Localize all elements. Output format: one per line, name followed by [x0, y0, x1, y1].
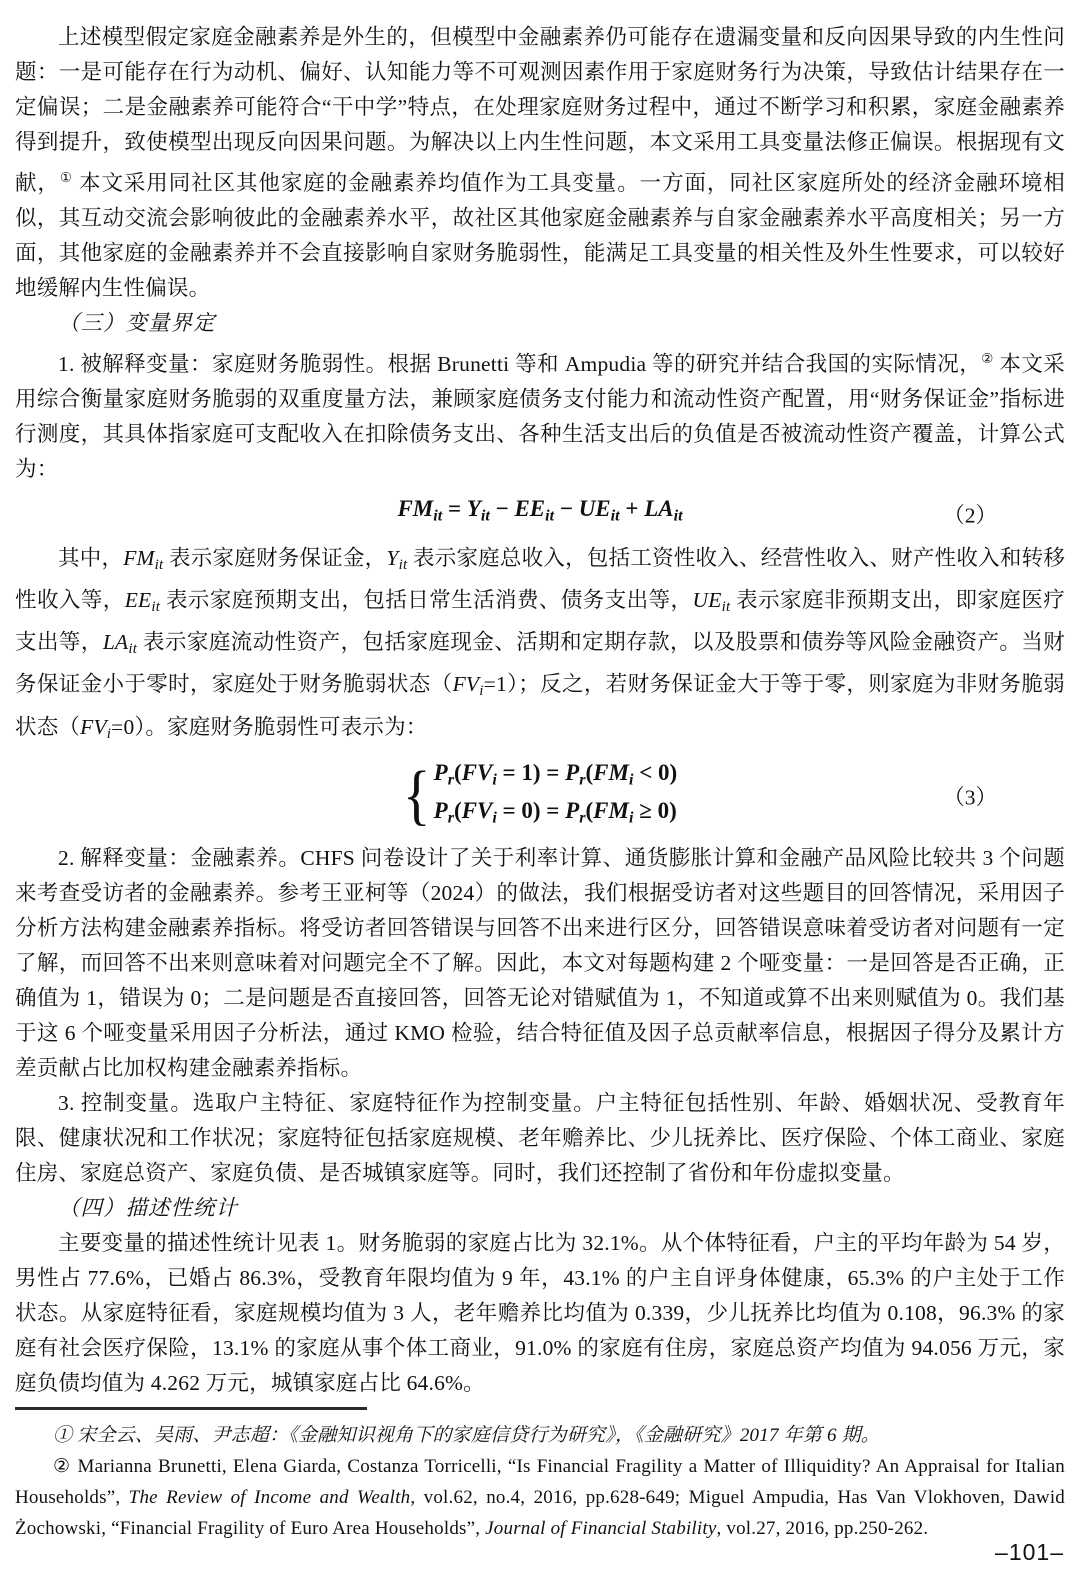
text-segment: LA — [103, 630, 129, 654]
text-segment: LA — [644, 496, 673, 521]
text-segment: FM — [123, 546, 154, 570]
footnote: ② Marianna Brunetti, Elena Giarda, Costa… — [15, 1451, 1065, 1544]
equation-line: FMit = Yit − EEit − UEit + LAit — [397, 492, 682, 534]
text-segment: FV — [453, 672, 480, 696]
document-blocks: 上述模型假定家庭金融素养是外生的，但模型中金融素养仍可能存在遗漏变量和反向因果导… — [15, 20, 1065, 1401]
text-segment: it — [545, 508, 554, 525]
paragraph: 1. 被解释变量：家庭财务脆弱性。根据 Brunetti 等和 Ampudia … — [15, 341, 1065, 487]
footnote-ref: ② — [981, 351, 993, 366]
text-segment: 上述模型假定家庭金融素养是外生的，但模型中金融素养仍可能存在遗漏变量和反向因果导… — [15, 25, 1065, 195]
text-segment: FV — [80, 715, 107, 739]
text-segment: ≥ 0) — [633, 798, 676, 823]
section-heading: （四）描述性统计 — [15, 1191, 1065, 1226]
text-segment: FV — [462, 760, 493, 785]
text-segment: ( — [454, 798, 462, 823]
text-segment: 本文采用同社区其他家庭的金融素养均值作为工具变量。一方面，同社区家庭所处的经济金… — [15, 171, 1065, 300]
text-segment: = 0) = — [497, 798, 565, 823]
text-segment: = 1) = — [497, 760, 565, 785]
text-segment: 表示家庭预期支出，包括日常生活消费、债务支出等， — [160, 588, 692, 612]
text-segment: FM — [593, 798, 629, 823]
text-segment: The Review of Income and Wealth — [129, 1487, 411, 1508]
equation-line: Pr(FVi = 0) = Pr(FMi ≥ 0) — [434, 795, 678, 834]
section-heading: （三）变量界定 — [15, 306, 1065, 341]
text-segment: 3. 控制变量。选取户主特征、家庭特征作为控制变量。户主特征包括性别、年龄、婚姻… — [15, 1091, 1065, 1185]
text-segment: it — [151, 599, 160, 615]
text-segment: EE — [514, 496, 545, 521]
paragraph: 其中，FMit 表示家庭财务保证金，Yit 表示家庭总收入，包括工资性收入、经营… — [15, 541, 1065, 752]
text-segment: UE — [693, 588, 722, 612]
text-segment: ( — [454, 760, 462, 785]
footnote: ① 宋全云、吴雨、尹志超：《金融知识视角下的家庭信贷行为研究》，《金融研究》20… — [15, 1420, 1065, 1451]
text-segment: Journal of Financial Stability — [485, 1518, 716, 1539]
text-segment: Y — [467, 496, 481, 521]
text-segment: − — [490, 496, 515, 521]
text-segment: P — [565, 798, 579, 823]
text-segment: − — [554, 496, 579, 521]
equation-number: （3） — [943, 781, 997, 812]
text-segment: + — [620, 496, 645, 521]
equation: {Pr(FVi = 1) = Pr(FMi < 0)Pr(FVi = 0) = … — [15, 752, 1065, 841]
page-number: –101– — [995, 1539, 1064, 1566]
text-segment: UE — [579, 496, 611, 521]
text-segment: （三）变量界定 — [58, 311, 216, 335]
text-segment: it — [722, 599, 731, 615]
text-segment: P — [434, 798, 448, 823]
text-segment: FM — [397, 496, 433, 521]
text-segment: it — [128, 641, 137, 657]
paragraph: 3. 控制变量。选取户主特征、家庭特征作为控制变量。户主特征包括性别、年龄、婚姻… — [15, 1086, 1065, 1191]
text-segment: = — [442, 496, 467, 521]
equation-line: Pr(FVi = 1) = Pr(FMi < 0) — [434, 757, 678, 796]
text-segment: < 0) — [633, 760, 677, 785]
text-segment: 2. 解释变量：金融素养。CHFS 问卷设计了关于利率计算、通货膨胀计算和金融产… — [15, 846, 1065, 1080]
text-segment: =0）。家庭财务脆弱性可表示为： — [111, 715, 427, 739]
paragraph: 主要变量的描述性统计见表 1。财务脆弱的家庭占比为 32.1%。从个体特征看，户… — [15, 1226, 1065, 1401]
text-segment: Y — [386, 546, 398, 570]
text-segment: it — [481, 508, 490, 525]
text-segment: 表示家庭财务保证金， — [163, 546, 386, 570]
text-segment: FV — [462, 798, 493, 823]
text-segment: P — [565, 760, 579, 785]
paragraph: 2. 解释变量：金融素养。CHFS 问卷设计了关于利率计算、通货膨胀计算和金融产… — [15, 841, 1065, 1086]
text-segment: it — [611, 508, 620, 525]
text-segment: it — [433, 508, 442, 525]
equation: FMit = Yit − EEit − UEit + LAit（2） — [15, 487, 1065, 541]
text-segment: ① 宋全云、吴雨、尹志超：《金融知识视角下的家庭信贷行为研究》，《金融研究》20… — [53, 1425, 880, 1446]
footnotes-list: ① 宋全云、吴雨、尹志超：《金融知识视角下的家庭信贷行为研究》，《金融研究》20… — [15, 1420, 1065, 1544]
paragraph: 上述模型假定家庭金融素养是外生的，但模型中金融素养仍可能存在遗漏变量和反向因果导… — [15, 20, 1065, 306]
text-segment: , vol.27, 2016, pp.250-262. — [717, 1518, 929, 1539]
paper-page: 上述模型假定家庭金融素养是外生的，但模型中金融素养仍可能存在遗漏变量和反向因果导… — [0, 0, 1080, 1574]
text-segment: 其中， — [58, 546, 123, 570]
text-segment: 1. 被解释变量：家庭财务脆弱性。根据 Brunetti 等和 Ampudia … — [58, 352, 981, 376]
footnote-area: ① 宋全云、吴雨、尹志超：《金融知识视角下的家庭信贷行为研究》，《金融研究》20… — [15, 1407, 1065, 1544]
text-segment: it — [674, 508, 683, 525]
text-segment: P — [434, 760, 448, 785]
equation-number: （2） — [943, 499, 997, 530]
text-segment: 主要变量的描述性统计见表 1。财务脆弱的家庭占比为 32.1%。从个体特征看，户… — [15, 1231, 1065, 1395]
text-segment: （四）描述性统计 — [58, 1196, 238, 1220]
text-segment: EE — [125, 588, 152, 612]
text-segment: FM — [593, 760, 629, 785]
footnote-separator — [15, 1407, 367, 1410]
footnote-ref: ① — [60, 170, 73, 185]
